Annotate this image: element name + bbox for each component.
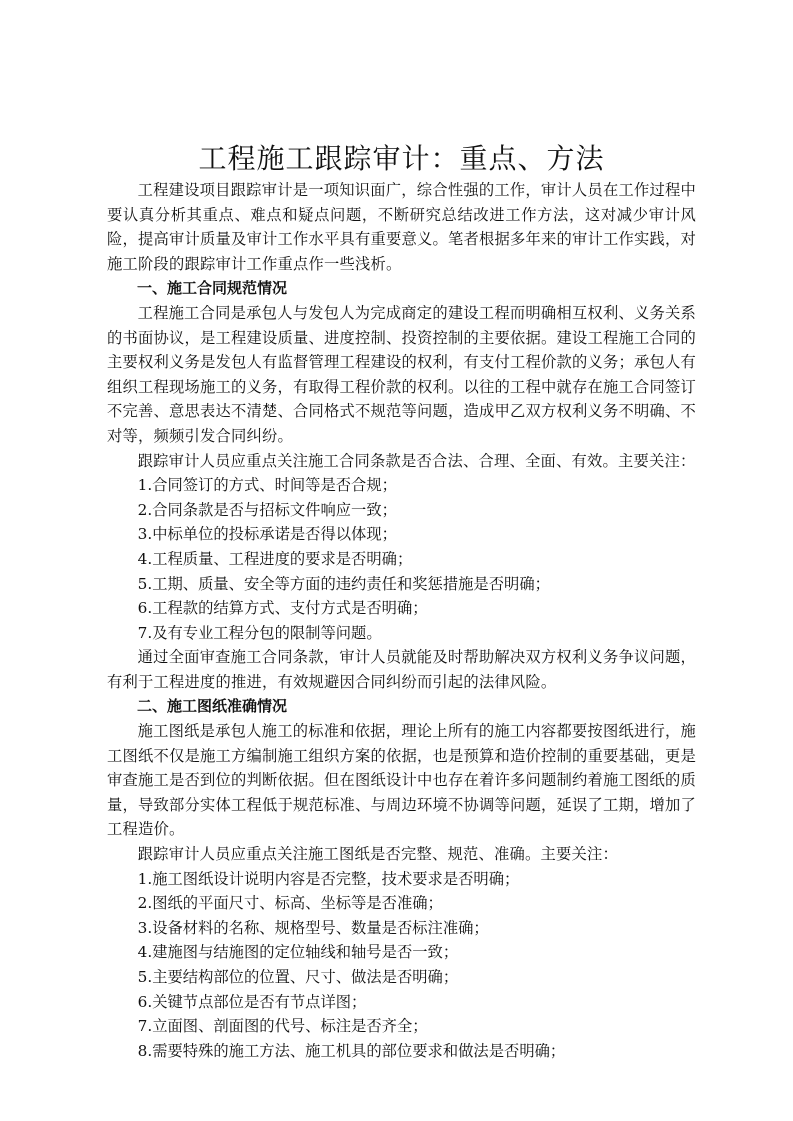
list-item: 4.工程质量、工程进度的要求是否明确； xyxy=(107,547,696,572)
list-item: 1.合同签订的方式、时间等是否合规； xyxy=(107,473,696,498)
list-item: 5.工期、质量、安全等方面的违约责任和奖惩措施是否明确； xyxy=(107,572,696,597)
list-item: 3.设备材料的名称、规格型号、数量是否标注准确； xyxy=(107,916,696,941)
list-item: 4.建施图与结施图的定位轴线和轴号是否一致； xyxy=(107,940,696,965)
section-drawings: 二、施工图纸准确情况 施工图纸是承包人施工的标准和依据，理论上所有的施工内容都要… xyxy=(107,694,696,1063)
list-item: 7.立面图、剖面图的代号、标注是否齐全； xyxy=(107,1014,696,1039)
list-item: 2.合同条款是否与招标文件响应一致； xyxy=(107,498,696,523)
list-item: 8.需要特殊的施工方法、施工机具的部位要求和做法是否明确； xyxy=(107,1039,696,1064)
intro-paragraph: 工程建设项目跟踪审计是一项知识面广，综合性强的工作，审计人员在工作过程中要认真分… xyxy=(107,178,696,276)
list-item: 2.图纸的平面尺寸、标高、坐标等是否准确； xyxy=(107,891,696,916)
document-page: 工程施工跟踪审计：重点、方法 工程建设项目跟踪审计是一项知识面广，综合性强的工作… xyxy=(107,140,696,1063)
list-item: 6.关键节点部位是否有节点详图； xyxy=(107,990,696,1015)
list-item: 7.及有专业工程分包的限制等问题。 xyxy=(107,621,696,646)
section-paragraph: 跟踪审计人员应重点关注施工图纸是否完整、规范、准确。主要关注： xyxy=(107,842,696,867)
document-title: 工程施工跟踪审计：重点、方法 xyxy=(107,140,696,178)
section-heading: 二、施工图纸准确情况 xyxy=(107,694,696,719)
section-heading: 一、施工合同规范情况 xyxy=(107,276,696,301)
list-item: 1.施工图纸设计说明内容是否完整，技术要求是否明确； xyxy=(107,867,696,892)
section-paragraph: 施工图纸是承包人施工的标准和依据，理论上所有的施工内容都要按图纸进行，施工图纸不… xyxy=(107,719,696,842)
section-contract: 一、施工合同规范情况 工程施工合同是承包人与发包人为完成商定的建设工程而明确相互… xyxy=(107,276,696,694)
list-item: 5.主要结构部位的位置、尺寸、做法是否明确； xyxy=(107,965,696,990)
section-paragraph: 跟踪审计人员应重点关注施工合同条款是否合法、合理、全面、有效。主要关注： xyxy=(107,449,696,474)
list-item: 6.工程款的结算方式、支付方式是否明确； xyxy=(107,596,696,621)
section-paragraph: 通过全面审查施工合同条款，审计人员就能及时帮助解决双方权利义务争议问题，有利于工… xyxy=(107,645,696,694)
section-paragraph: 工程施工合同是承包人与发包人为完成商定的建设工程而明确相互权利、义务关系的书面协… xyxy=(107,301,696,449)
list-item: 3.中标单位的投标承诺是否得以体现； xyxy=(107,522,696,547)
